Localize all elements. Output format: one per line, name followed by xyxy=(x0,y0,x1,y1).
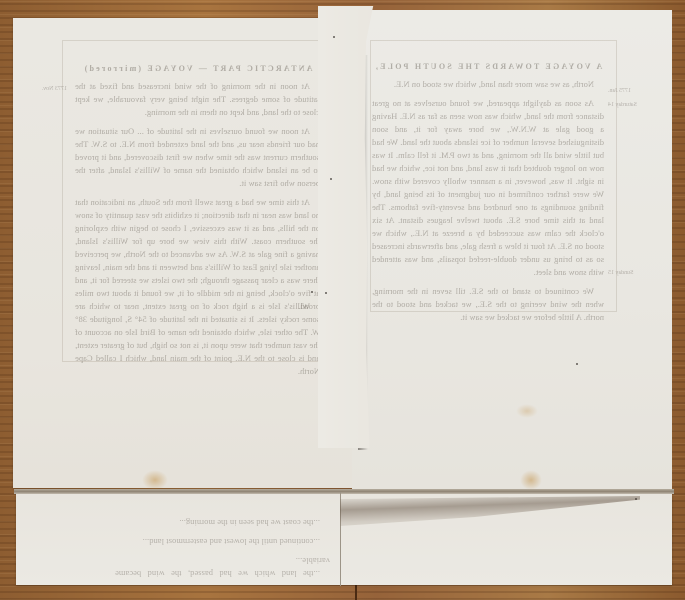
paper-speck xyxy=(576,363,578,365)
bottom-line: ...the coast we had seen in the morning.… xyxy=(115,516,330,529)
left-paragraph: Willis's Isle is a high rock of no great… xyxy=(75,300,320,378)
foxing-stain xyxy=(516,404,538,418)
right-paragraph: We continued to stand to the S.E. till s… xyxy=(372,285,604,324)
foxing-stain xyxy=(142,470,168,490)
left-margin-note: 1773 Nov. xyxy=(42,86,67,92)
bottom-line: ...the land which we had passed, the win… xyxy=(115,554,330,580)
left-paragraph: At this time we had a great swell from t… xyxy=(75,196,320,313)
right-page-bleed-text: A VOYAGE TOWARDS THE SOUTH POLE, North, … xyxy=(372,60,604,330)
left-page-bleed-text-lower: Willis's Isle is a high rock of no great… xyxy=(75,300,320,384)
right-margin-note: 1775 Jan. xyxy=(608,88,631,94)
paper-speck xyxy=(635,498,637,500)
left-page-bleed-text: ANTARCTIC PART — VOYAGE (mirrored) At no… xyxy=(75,62,320,319)
left-paragraph: At noon we found ourselves in the latitu… xyxy=(75,125,320,190)
paper-speck xyxy=(311,291,313,293)
bottom-strip-bleed-text: ...the land which we had passed, the win… xyxy=(115,510,330,580)
foxing-stain xyxy=(520,470,542,490)
paper-speck xyxy=(333,36,335,38)
paper-speck xyxy=(325,292,327,294)
paper-speck xyxy=(330,178,332,180)
right-paragraph: North, as we saw more than land, which w… xyxy=(372,78,604,91)
bottom-line: ...continued until the lowest and easter… xyxy=(115,535,330,548)
left-paragraph: At noon in the morning of the wind incre… xyxy=(75,80,320,119)
right-margin-note: Saturday 14 xyxy=(608,102,637,108)
left-running-head: ANTARCTIC PART — VOYAGE (mirrored) xyxy=(75,62,320,75)
right-running-head: A VOYAGE TOWARDS THE SOUTH POLE, xyxy=(372,60,604,73)
right-margin-note: Sunday 15 xyxy=(608,270,634,276)
horizontal-fold-crease xyxy=(14,489,674,494)
right-paragraph: As soon as daylight appeared, we found o… xyxy=(372,97,604,279)
